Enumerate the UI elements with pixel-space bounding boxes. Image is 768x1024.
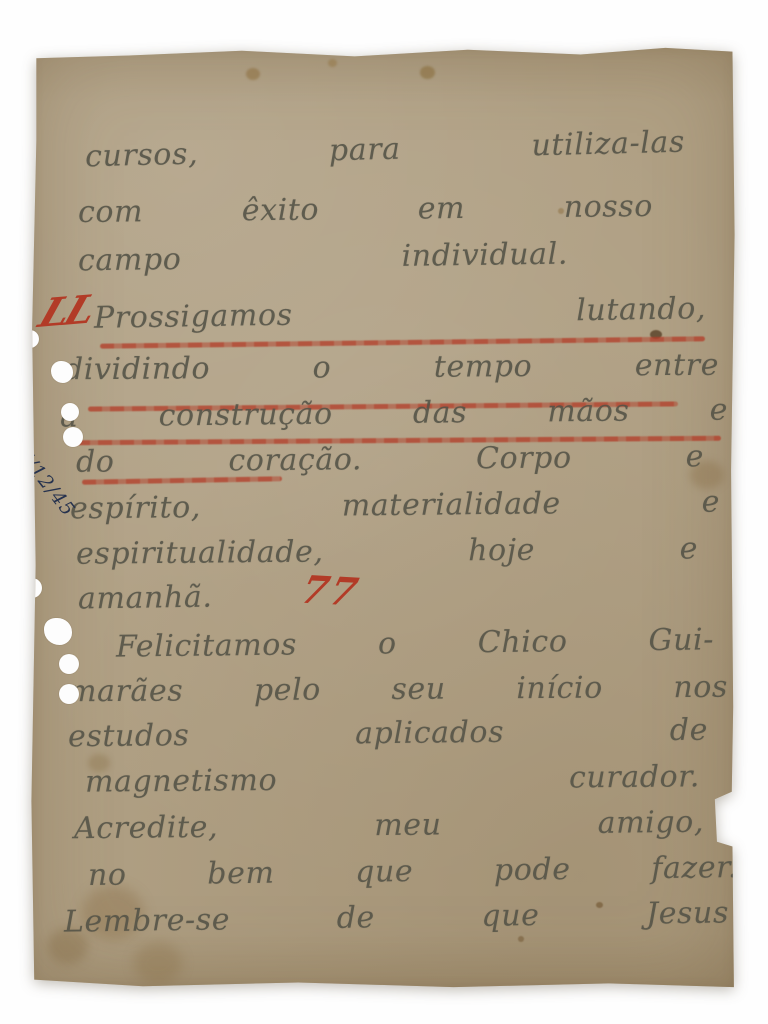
handwritten-line: a construção das mãos e <box>60 393 728 435</box>
handwritten-line: espiritualidade, hoje e <box>76 531 698 571</box>
punch-hole <box>51 361 73 383</box>
punch-hole <box>22 578 42 598</box>
handwritten-line: do coração. Corpo e <box>76 439 704 479</box>
scan-background: cursos, para utiliza-las com êxito em no… <box>0 0 768 1024</box>
stain <box>134 942 182 984</box>
red-ll-mark: LL <box>33 286 100 337</box>
handwritten-line: Acredite, meu amigo, <box>74 805 704 847</box>
foxing-spot <box>518 936 524 942</box>
foxing-spot <box>328 59 337 67</box>
punch-hole <box>59 654 79 674</box>
handwritten-line: dividindo o tempo entre <box>64 348 719 388</box>
handwritten-line: Lembre-se de que Jesus <box>64 895 729 939</box>
punch-hole <box>21 330 39 348</box>
handwritten-line: no bem que pode fazer. <box>88 850 738 893</box>
manuscript-page: cursos, para utiliza-las com êxito em no… <box>30 46 736 990</box>
handwritten-line: magnetismo curador. <box>85 759 700 799</box>
handwritten-line: espírito, materialidade e <box>70 485 720 527</box>
red-underline <box>100 336 705 348</box>
handwritten-line: cursos, para utiliza-las <box>85 125 686 175</box>
punch-hole <box>61 403 79 421</box>
punch-hole <box>44 618 72 645</box>
punch-hole <box>59 684 79 704</box>
red-number-77: 77 <box>296 567 364 615</box>
handwritten-line: marães pelo seu início nos <box>68 670 728 710</box>
foxing-spot <box>246 68 260 80</box>
handwritten-line: estudos aplicados de <box>68 713 708 755</box>
margin-date: 7/12/45 <box>13 444 80 521</box>
handwritten-line: amanhã. <box>78 579 293 617</box>
handwritten-line: Felicitamos o Chico Gui- <box>116 622 714 664</box>
handwritten-line: Prossigamos lutando, <box>94 291 706 336</box>
punch-hole <box>63 427 83 447</box>
foxing-spot <box>420 66 435 79</box>
handwritten-line: campo individual. <box>78 237 568 279</box>
handwritten-line: com êxito em nosso <box>78 189 653 230</box>
